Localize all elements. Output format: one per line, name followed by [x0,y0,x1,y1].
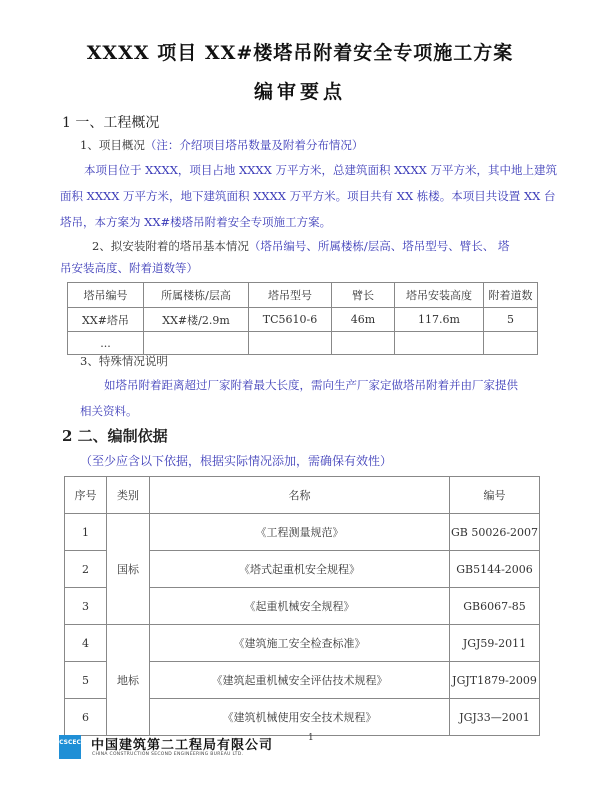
row-number: 6 [65,699,107,736]
header-cell: 塔吊安装高度 [395,283,484,308]
category-cell: 国标 [107,514,150,625]
item3-body-line1: 如塔吊附着距离超过厂家附着最大长度，需向生产厂家定做塔吊附着并由厂家提供 [104,372,518,398]
table-row: 4 地标 《建筑施工安全检查标准》 JGJ59-2011 [65,625,540,662]
company-logo-icon: CSCEC [59,735,81,759]
standard-name: 《塔式起重机安全规程》 [150,551,450,588]
header-cell: 附着道数 [484,283,538,308]
standard-code: JGJT1879-2009 [450,662,540,699]
item2-note-line2: 吊安装高度、附着道数等） [60,255,198,281]
item1-line: 1、项目概况（注：介绍项目塔吊数量及附着分布情况） [80,132,363,158]
section2-heading: 2 二、编制依据 [62,425,168,446]
company-name-en: CHINA CONSTRUCTION SECOND ENGINEERING BU… [92,752,243,757]
document-page: XXXX 项目 XX#楼塔吊附着安全专项施工方案 编审要点 1 一、工程概况 1… [0,0,600,791]
page-number: 1 [308,733,314,743]
cell: 46m [332,308,395,332]
row-number: 5 [65,662,107,699]
crane-table: 塔吊编号 所属楼栋/层高 塔吊型号 臂长 塔吊安装高度 附着道数 XX#塔吊 X… [67,282,538,355]
cell: 117.6m [395,308,484,332]
header-cell: 名称 [150,477,450,514]
standard-name: 《起重机械安全规程》 [150,588,450,625]
standard-name: 《建筑施工安全检查标准》 [150,625,450,662]
cell [484,332,538,355]
item2-note-line1: （塔吊编号、所属楼栋/层高、塔吊型号、臂长、 塔 [249,239,510,253]
cell: TC5610-6 [249,308,332,332]
standard-code: JGJ33—2001 [450,699,540,736]
row-number: 2 [65,551,107,588]
basis-table: 序号 类别 名称 编号 1 国标 《工程测量规范》 GB 50026-2007 … [64,476,540,736]
crane-table-header: 塔吊编号 所属楼栋/层高 塔吊型号 臂长 塔吊安装高度 附着道数 [68,283,538,308]
item1-body-line3: 塔吊，本方案为 XX#楼塔吊附着安全专项施工方案。 [60,209,331,235]
standard-name: 《建筑起重机械安全评估技术规程》 [150,662,450,699]
logo-text: CSCEC [59,735,81,746]
header-cell: 臂长 [332,283,395,308]
row-number: 3 [65,588,107,625]
standard-code: GB6067-85 [450,588,540,625]
header-cell: 所属楼栋/层高 [144,283,249,308]
header-cell: 塔吊编号 [68,283,144,308]
cell: XX#塔吊 [68,308,144,332]
item1-note: （注：介绍项目塔吊数量及附着分布情况） [145,138,364,152]
standard-name: 《建筑机械使用安全技术规程》 [150,699,450,736]
table-row: XX#塔吊 XX#楼/2.9m TC5610-6 46m 117.6m 5 [68,308,538,332]
item1-body-line1: 本项目位于 XXXX，项目占地 XXXX 万平方米，总建筑面积 XXXX 万平方… [84,157,557,183]
cell [332,332,395,355]
standard-name: 《工程测量规范》 [150,514,450,551]
item2-label: 2、拟安装附着的塔吊基本情况 [92,239,249,253]
header-cell: 塔吊型号 [249,283,332,308]
table-row: 1 国标 《工程测量规范》 GB 50026-2007 [65,514,540,551]
item3-label: 3、特殊情况说明 [80,348,168,374]
header-cell: 序号 [65,477,107,514]
cell [395,332,484,355]
section2-note: （至少应含以下依据，根据实际情况添加，需确保有效性） [80,448,392,474]
basis-table-header: 序号 类别 名称 编号 [65,477,540,514]
header-cell: 编号 [450,477,540,514]
header-cell: 类别 [107,477,150,514]
standard-code: JGJ59-2011 [450,625,540,662]
category-cell: 地标 [107,625,150,736]
standard-code: GB5144-2006 [450,551,540,588]
cell: XX#楼/2.9m [144,308,249,332]
row-number: 4 [65,625,107,662]
standard-code: GB 50026-2007 [450,514,540,551]
section1-heading: 1 一、工程概况 [62,112,159,132]
cell [249,332,332,355]
item1-label: 1、项目概况 [80,138,145,152]
item3-body-line2: 相关资料。 [80,398,138,424]
company-name-cn: 中国建筑第二工程局有限公司 [91,734,273,753]
document-title: XXXX 项目 XX#楼塔吊附着安全专项施工方案 [0,38,600,65]
item1-body-line2: 面积 XXXX 万平方米，地下建筑面积 XXXX 万平方米。项目共有 XX 栋楼… [60,183,555,209]
row-number: 1 [65,514,107,551]
cell: 5 [484,308,538,332]
document-subtitle: 编审要点 [0,77,600,104]
